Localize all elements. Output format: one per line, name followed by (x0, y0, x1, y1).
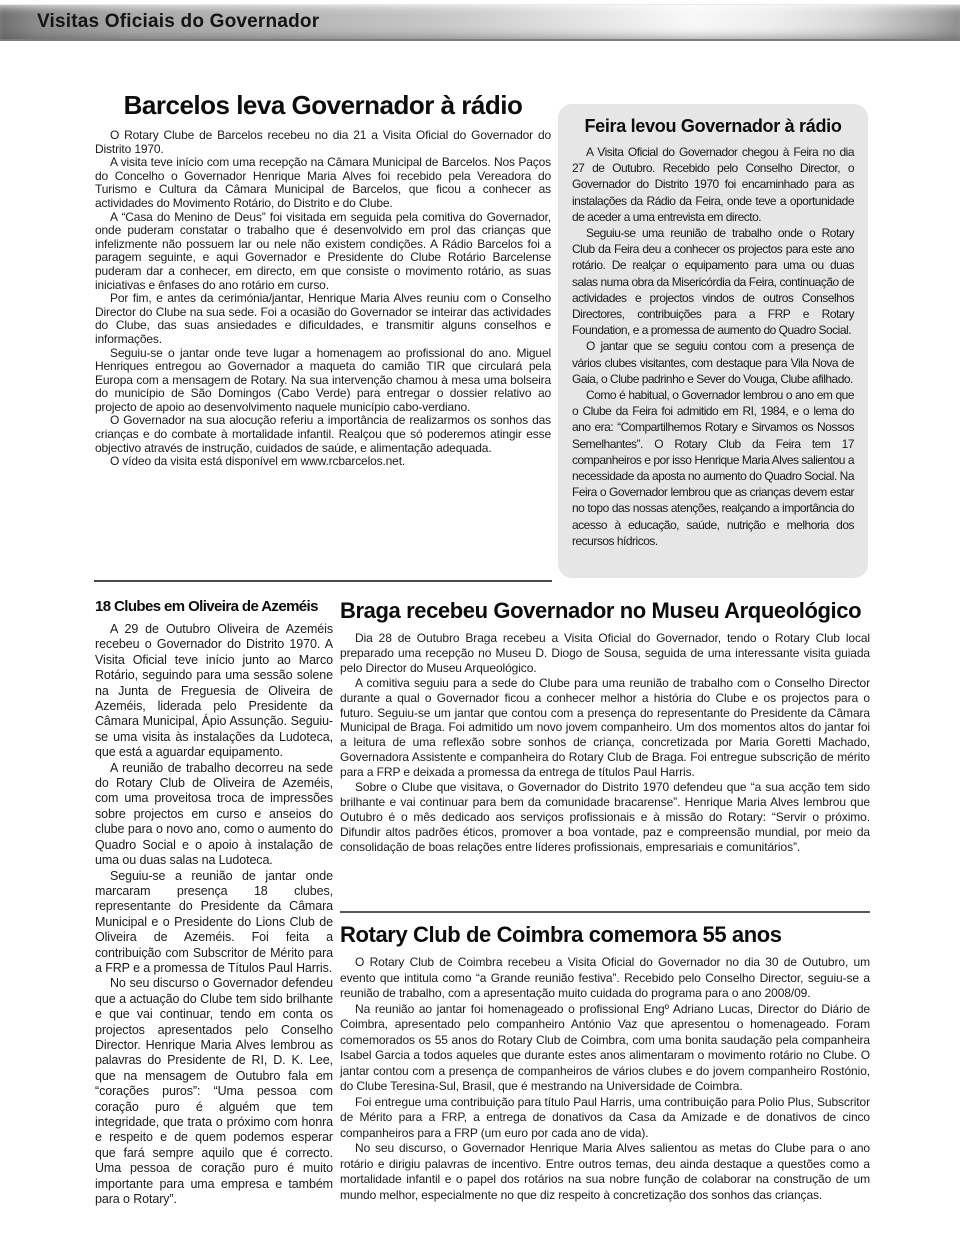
article-azemeis-paragraph: A 29 de Outubro Oliveira de Azeméis rece… (95, 622, 333, 761)
article-feira-paragraph: O jantar que se seguiu contou com a pres… (572, 338, 854, 387)
article-feira-title: Feira levou Governador à rádio (572, 114, 854, 138)
separator-under-barcelos (94, 580, 552, 582)
article-coimbra-paragraph: O Rotary Club de Coimbra recebeu a Visit… (340, 955, 870, 1002)
article-barcelos-title: Barcelos leva Governador à rádio (95, 90, 551, 120)
article-azemeis-paragraph: Seguiu-se a reunião de jantar onde marca… (95, 869, 333, 977)
article-braga-paragraph: A comitiva seguiu para a sede do Clube p… (340, 676, 870, 780)
article-azemeis-paragraph: No seu discurso o Governador defendeu qu… (95, 976, 333, 1207)
article-barcelos-paragraph: A “Casa do Menino de Deus” foi visitada … (95, 211, 551, 293)
article-barcelos-paragraph: Por fim, e antes da cerimónia/jantar, He… (95, 292, 551, 346)
article-coimbra-paragraph: Foi entregue uma contribuição para títul… (340, 1095, 870, 1142)
newsletter-page: Visitas Oficiais do Governador Barcelos … (0, 0, 960, 1252)
page-title: Visitas Oficiais do Governador (0, 11, 319, 33)
article-azemeis-title: 18 Clubes em Oliveira de Azeméis (95, 597, 333, 617)
article-feira-paragraph: Como é habitual, o Governador lembrou o … (572, 387, 854, 549)
article-coimbra-paragraph: No seu discurso, o Governador Henrique M… (340, 1141, 870, 1203)
article-barcelos: Barcelos leva Governador à rádio O Rotar… (95, 90, 551, 469)
article-coimbra-paragraph: Na reunião ao jantar foi homenageado o p… (340, 1002, 870, 1095)
article-azemeis-paragraph: A reunião de trabalho decorreu na sede d… (95, 761, 333, 869)
article-braga-paragraph: Sobre o Clube que visitava, o Governador… (340, 780, 870, 855)
article-coimbra: Rotary Club de Coimbra comemora 55 anos … (340, 922, 870, 1203)
article-feira-paragraph: Seguiu-se uma reunião de trabalho onde o… (572, 225, 854, 338)
article-barcelos-paragraph: Seguiu-se o jantar onde teve lugar a hom… (95, 347, 551, 415)
article-feira-box: Feira levou Governador à rádio A Visita … (558, 104, 868, 578)
article-barcelos-paragraph: O Governador na sua alocução referiu a i… (95, 414, 551, 455)
article-braga: Braga recebeu Governador no Museu Arqueo… (340, 598, 870, 855)
separator-under-braga (340, 911, 870, 913)
article-braga-paragraph: Dia 28 de Outubro Braga recebeu a Visita… (340, 631, 870, 676)
article-azemeis: 18 Clubes em Oliveira de Azeméis A 29 de… (95, 597, 333, 1207)
article-barcelos-paragraph: O vídeo da visita está disponível em www… (95, 455, 551, 469)
article-feira-paragraph: A Visita Oficial do Governador chegou à … (572, 144, 854, 225)
article-braga-title: Braga recebeu Governador no Museu Arqueo… (340, 598, 870, 624)
article-barcelos-paragraph: A visita teve início com uma recepção na… (95, 156, 551, 210)
header-bar: Visitas Oficiais do Governador (0, 4, 960, 41)
article-coimbra-title: Rotary Club de Coimbra comemora 55 anos (340, 922, 870, 948)
article-barcelos-paragraph: O Rotary Clube de Barcelos recebeu no di… (95, 129, 551, 156)
